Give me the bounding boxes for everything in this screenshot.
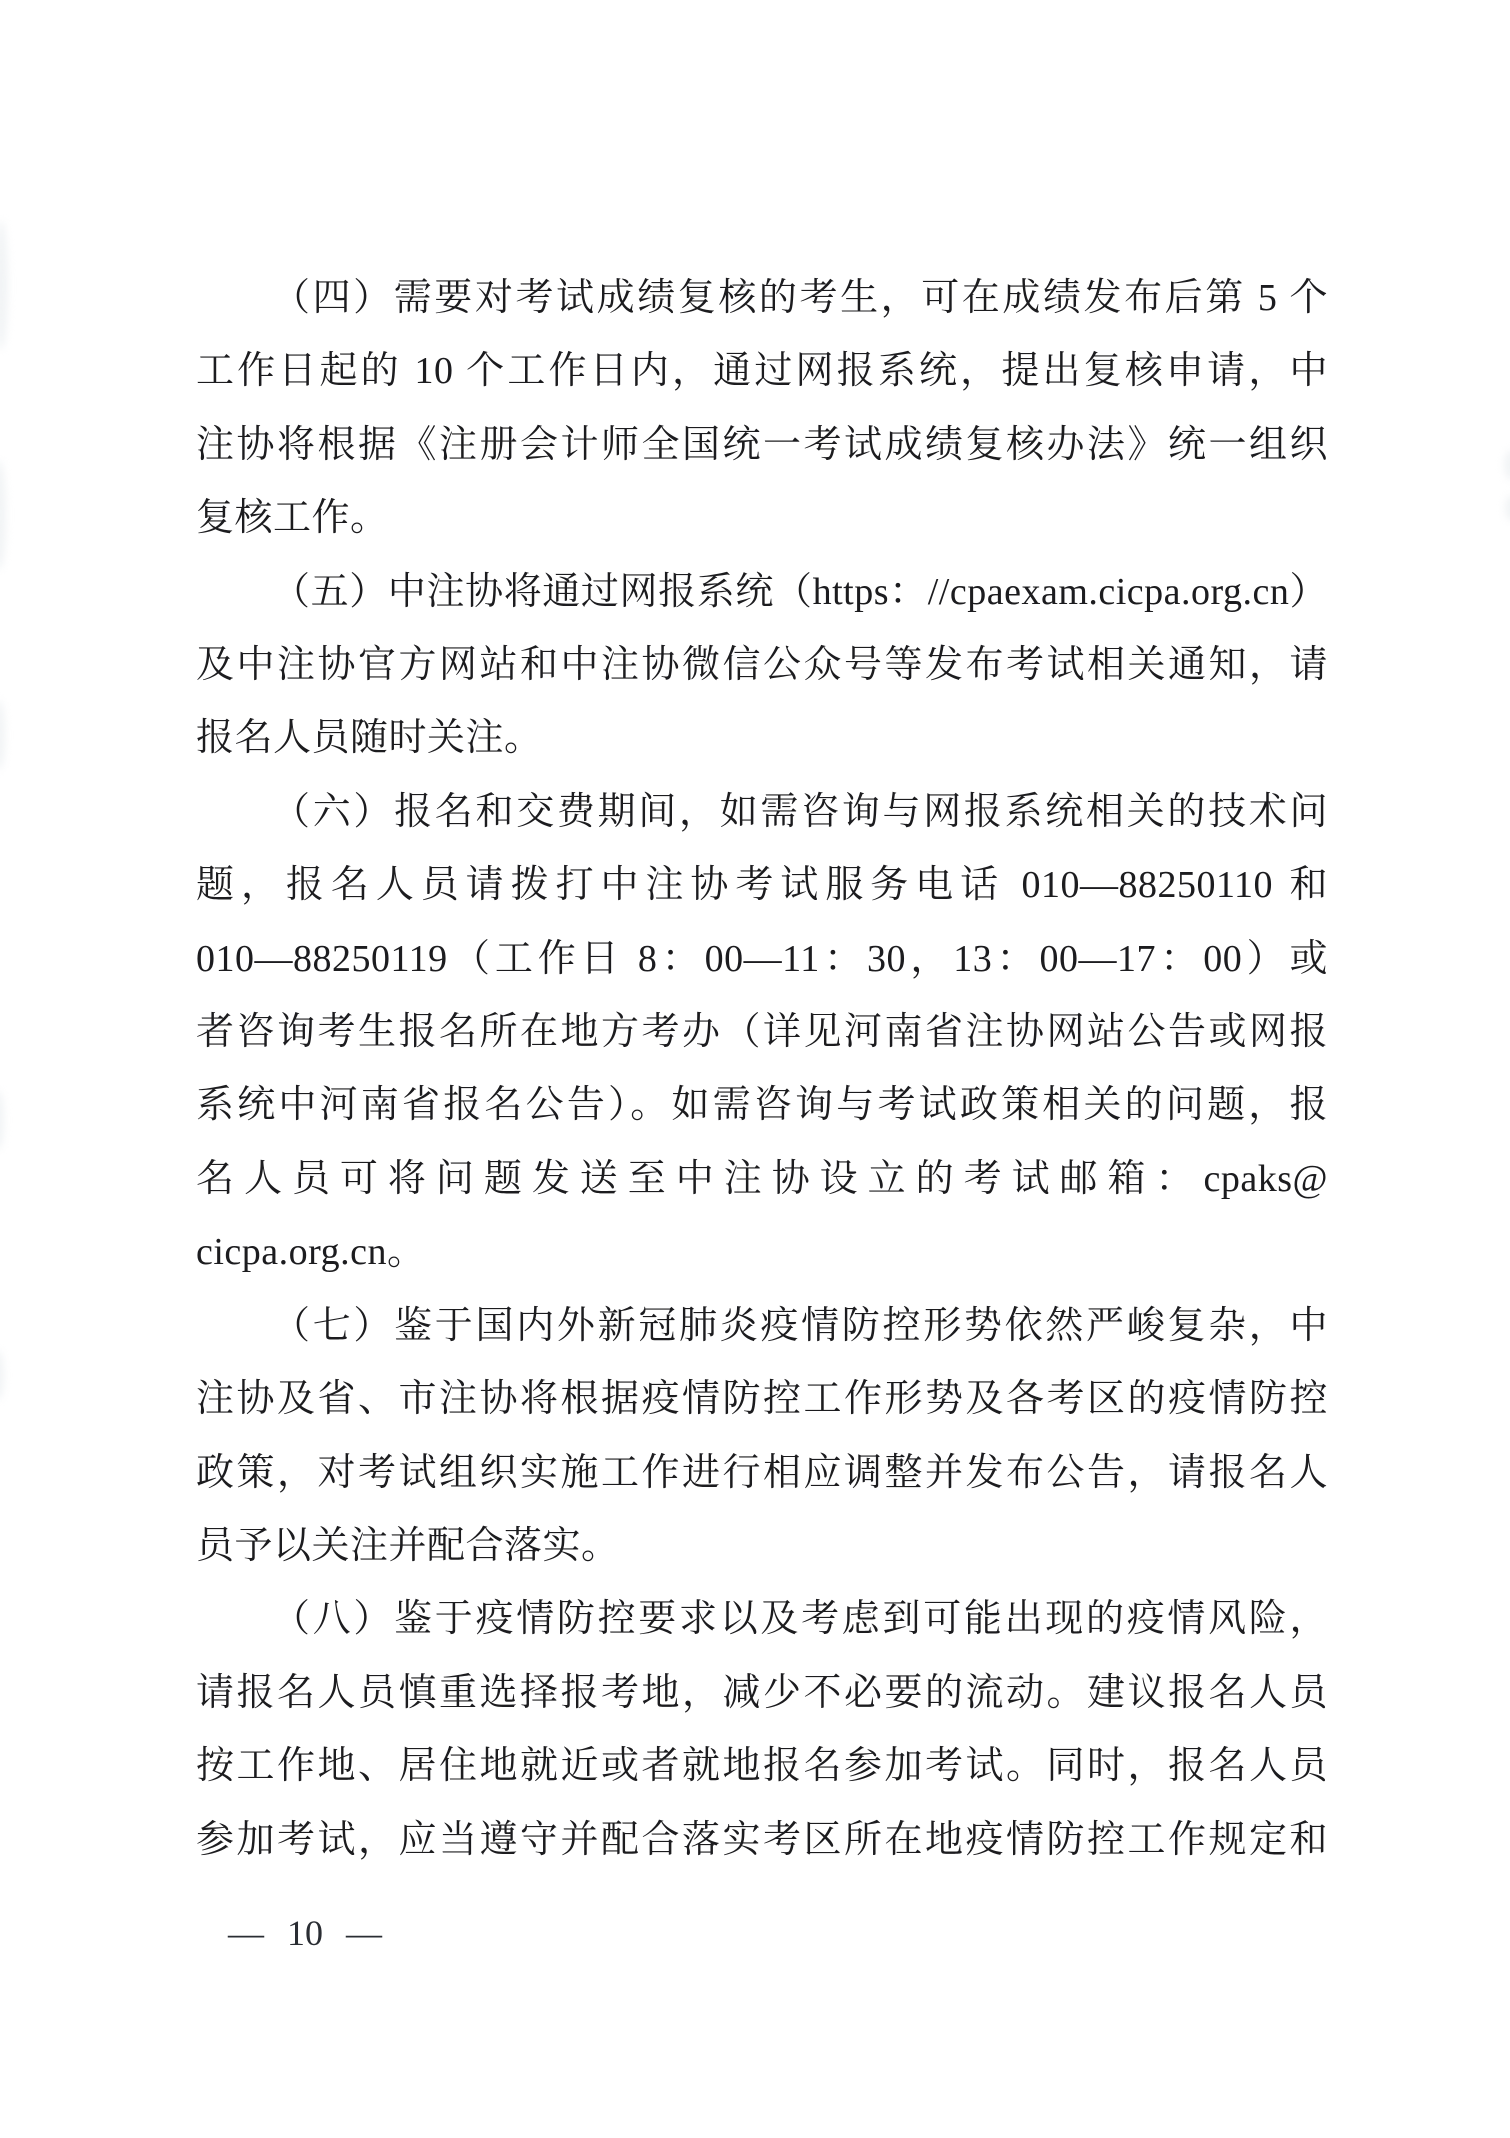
text-line: 名人员可将问题发送至中注协设立的考试邮箱：cpaks@ bbox=[196, 1143, 1328, 1216]
text-line: 工作日起的 10 个工作日内，通过网报系统，提出复核申请，中 bbox=[196, 335, 1328, 408]
text-line: 者咨询考生报名所在地方考办（详见河南省注协网站公告或网报 bbox=[196, 996, 1328, 1069]
text-line: 系统中河南省报名公告）。如需咨询与考试政策相关的问题，报 bbox=[196, 1069, 1328, 1142]
text-line: 按工作地、居住地就近或者就地报名参加考试。同时，报名人员 bbox=[196, 1730, 1328, 1803]
text-line: 题，报名人员请拨打中注协考试服务电话 010—88250110 和 bbox=[196, 849, 1328, 922]
text-line: 报名人员随时关注。 bbox=[196, 702, 1328, 775]
page-number: — 10 — bbox=[228, 1912, 382, 1954]
text-line: （五）中注协将通过网报系统（https：//cpaexam.cicpa.org.… bbox=[196, 556, 1328, 629]
text-line: cicpa.org.cn。 bbox=[196, 1216, 1328, 1289]
text-line: 及中注协官方网站和中注协微信公众号等发布考试相关通知，请 bbox=[196, 629, 1328, 702]
scan-artifact bbox=[0, 1350, 4, 1400]
text-line: 注协将根据《注册会计师全国统一考试成绩复核办法》统一组织 bbox=[196, 409, 1328, 482]
text-line: （七）鉴于国内外新冠肺炎疫情防控形势依然严峻复杂，中 bbox=[196, 1290, 1328, 1363]
text-line: 员予以关注并配合落实。 bbox=[196, 1510, 1328, 1583]
scan-artifact bbox=[1504, 450, 1510, 480]
text-line: （八）鉴于疫情防控要求以及考虑到可能出现的疫情风险， bbox=[196, 1583, 1328, 1656]
text-line: 请报名人员慎重选择报考地，减少不必要的流动。建议报名人员 bbox=[196, 1657, 1328, 1730]
text-line: 复核工作。 bbox=[196, 482, 1328, 555]
text-line: 010—88250119（工作日 8：00—11：30，13：00—17：00）… bbox=[196, 923, 1328, 996]
scan-artifact bbox=[0, 700, 5, 770]
text-line: 参加考试，应当遵守并配合落实考区所在地疫情防控工作规定和 bbox=[196, 1804, 1328, 1877]
document-body: （四）需要对考试成绩复核的考生，可在成绩发布后第 5 个工作日起的 10 个工作… bbox=[196, 262, 1328, 1877]
text-line: 注协及省、市注协将根据疫情防控工作形势及各考区的疫情防控 bbox=[196, 1363, 1328, 1436]
text-line: （四）需要对考试成绩复核的考生，可在成绩发布后第 5 个 bbox=[196, 262, 1328, 335]
document-page: （四）需要对考试成绩复核的考生，可在成绩发布后第 5 个工作日起的 10 个工作… bbox=[0, 0, 1510, 2138]
scan-artifact bbox=[0, 1090, 4, 1150]
scan-artifact bbox=[0, 220, 8, 350]
scan-artifact bbox=[1505, 495, 1510, 521]
scan-artifact bbox=[0, 460, 6, 570]
text-line: 政策，对考试组织实施工作进行相应调整并发布公告，请报名人 bbox=[196, 1437, 1328, 1510]
text-line: （六）报名和交费期间，如需咨询与网报系统相关的技术问 bbox=[196, 776, 1328, 849]
